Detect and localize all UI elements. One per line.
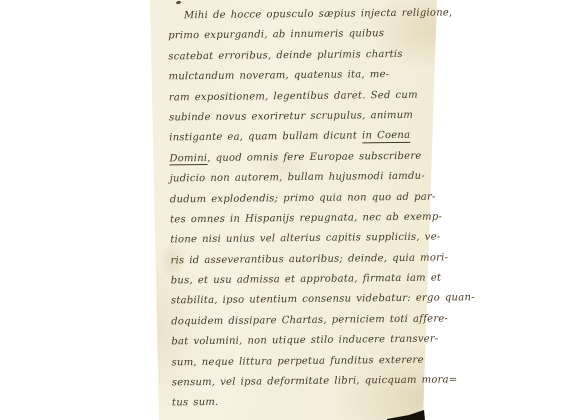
text-segment: subinde novus exoriretur scrupulus, anim… (169, 110, 413, 124)
text-segment: instigante ea, quam bullam dicunt (169, 131, 362, 144)
manuscript-line: mulctandum noveram, quatenus ita, me- (169, 65, 431, 88)
manuscript-line: ris id asseverantibus autoribus; deinde,… (170, 248, 432, 271)
text-segment: tes omnes in Hispanijs repugnata, nec ab… (170, 211, 442, 225)
manuscript-line: stabilita, ipso utentium consensu videba… (171, 289, 433, 312)
manuscript-line: Mihi de hocce opusculo sæpius injecta re… (168, 4, 430, 27)
text-segment: judicio non autorem, bullam hujusmodi ia… (170, 171, 425, 185)
text-segment: sum, neque littura perpetua funditus ext… (172, 354, 424, 368)
text-segment: , quod omnis fere Europae subscribere (207, 150, 421, 163)
text-segment: bat volumini, non utique stilo inducere … (171, 334, 438, 348)
manuscript-line: doquidem dissipare Chartas, perniciem to… (171, 309, 433, 332)
text-segment: scatebat erroribus, deinde plurimis char… (168, 49, 402, 62)
manuscript-line: bat volumini, non utique stilo inducere … (171, 330, 433, 353)
manuscript-line: scatebat erroribus, deinde plurimis char… (168, 44, 430, 67)
text-segment: ris id asseverantibus autoribus; deinde,… (170, 252, 448, 266)
manuscript-line: tus sum. (172, 391, 434, 414)
manuscript-line: primo expurgandi, ab innumeris quibus (168, 24, 430, 47)
text-segment: primo expurgandi, ab innumeris quibus (168, 29, 384, 42)
text-segment: ram expositionem, legentibus daret. Sed … (169, 89, 418, 103)
manuscript-line: ram expositionem, legentibus daret. Sed … (169, 85, 431, 108)
text-segment: doquidem dissipare Chartas, perniciem to… (171, 313, 448, 327)
underlined-phrase: in Coena (362, 130, 410, 143)
text-segment: stabilita, ipso utentium consensu videba… (171, 293, 475, 307)
text-segment: dudum explodendis; primo quia non quo ad… (170, 191, 436, 205)
manuscript-text: Mihi de hocce opusculo sæpius injecta re… (168, 4, 434, 415)
text-segment: mulctandum noveram, quatenus ita, me- (169, 69, 390, 82)
text-segment: bus, et usu admissa et approbata, firmat… (171, 273, 442, 287)
manuscript-line: sensum, vel ipsa deformitate libri, quic… (172, 371, 434, 394)
manuscript-line: bus, et usu admissa et approbata, firmat… (171, 269, 433, 292)
scanned-document: Mihi de hocce opusculo sæpius injecta re… (0, 0, 580, 420)
manuscript-line: dudum explodendis; primo quia non quo ad… (170, 187, 432, 210)
manuscript-line: instigante ea, quam bullam dicunt in Coe… (169, 126, 431, 149)
underlined-phrase: Domini (169, 153, 207, 166)
text-segment: tione nisi unius vel alterius capitis su… (170, 232, 440, 246)
manuscript-line: subinde novus exoriretur scrupulus, anim… (169, 106, 431, 129)
manuscript-line: Domini, quod omnis fere Europae subscrib… (169, 146, 431, 169)
text-segment: Mihi de hocce opusculo sæpius injecta re… (184, 7, 453, 21)
manuscript-line: tes omnes in Hispanijs repugnata, nec ab… (170, 208, 432, 231)
text-segment: tus sum. (172, 397, 219, 408)
text-segment: sensum, vel ipsa deformitate libri, quic… (172, 374, 458, 388)
manuscript-line: sum, neque littura perpetua funditus ext… (172, 350, 434, 373)
manuscript-line: tione nisi unius vel alterius capitis su… (170, 228, 432, 251)
manuscript-line: judicio non autorem, bullam hujusmodi ia… (170, 167, 432, 190)
